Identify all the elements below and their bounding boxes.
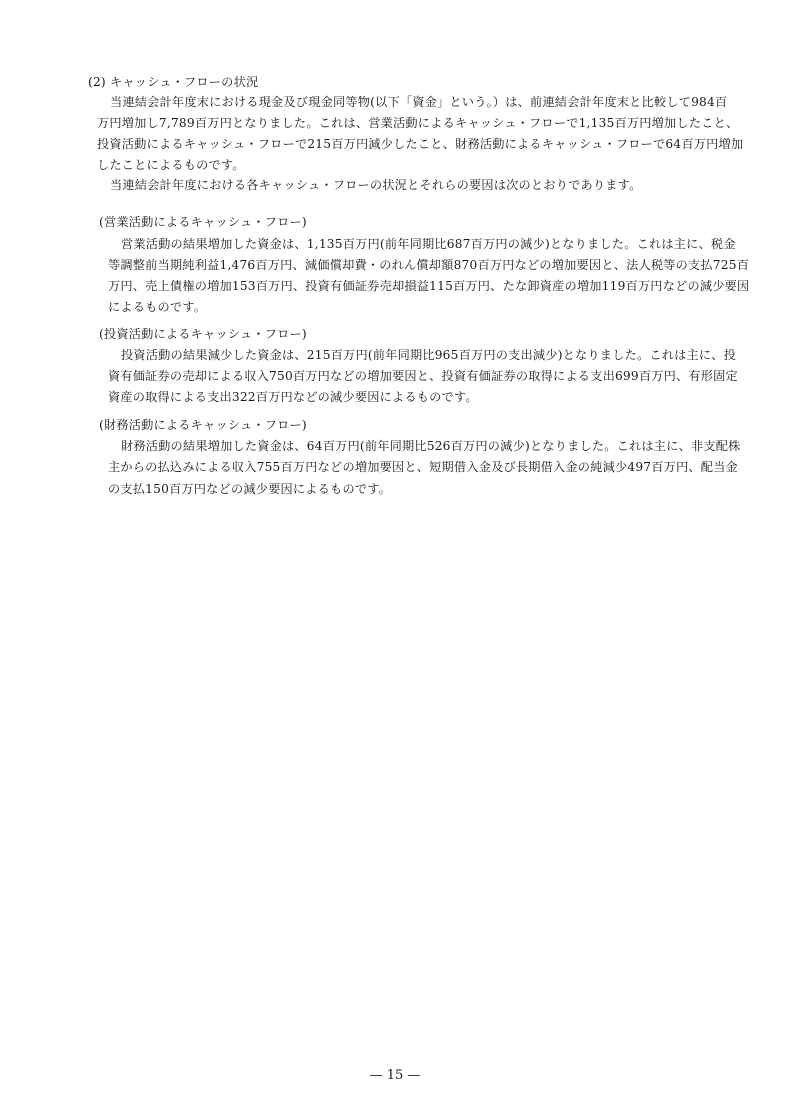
- subsection-line: 等調整前当期純利益1,476百万円、減価償却費・のれん償却額870百万円などの増…: [108, 258, 749, 272]
- intro-line: 投資活動によるキャッシュ・フローで215百万円減少したこと、財務活動によるキャッ…: [97, 137, 743, 151]
- section-heading: (2) キャッシュ・フローの状況: [88, 75, 258, 89]
- document-page: (2) キャッシュ・フローの状況 当連結会計年度末における現金及び現金同等物(以…: [0, 0, 790, 1118]
- subsection-line: 主からの払込みによる収入755百万円などの増加要因と、短期借入金及び長期借入金の…: [108, 460, 738, 474]
- subsection-line: 資産の取得による支出322百万円などの減少要因によるものです。: [108, 390, 478, 404]
- intro-line: 当連結会計年度末における現金及び現金同等物(以下「資金」という。）は、前連結会計…: [110, 95, 727, 109]
- intro-line: 当連結会計年度における各キャッシュ・フローの状況とそれらの要因は次のとおりであり…: [110, 178, 641, 192]
- subsection-title-financing: (財務活動によるキャッシュ・フロー): [99, 418, 307, 432]
- subsection-line: 資有価証券の売却による収入750百万円などの増加要因と、投資有価証券の取得による…: [108, 369, 738, 383]
- page-number: — 15 —: [0, 1068, 790, 1083]
- subsection-title-operating: (営業活動によるキャッシュ・フロー): [99, 215, 307, 229]
- subsection-line: 財務活動の結果増加した資金は、64百万円(前年同期比526百万円の減少)となりま…: [121, 439, 741, 453]
- subsection-line: 万円、売上債権の増加153百万円、投資有価証券売却損益115百万円、たな卸資産の…: [108, 279, 749, 293]
- intro-line: 万円増加し7,789百万円となりました。これは、営業活動によるキャッシュ・フロー…: [97, 116, 738, 130]
- subsection-title-investing: (投資活動によるキャッシュ・フロー): [99, 327, 307, 341]
- subsection-line: 投資活動の結果減少した資金は、215百万円(前年同期比965百万円の支出減少)と…: [121, 348, 736, 362]
- subsection-line: の支払150百万円などの減少要因によるものです。: [108, 482, 391, 496]
- subsection-line: 営業活動の結果増加した資金は、1,135百万円(前年同期比687百万円の減少)と…: [121, 237, 736, 251]
- subsection-line: によるものです。: [108, 300, 206, 314]
- intro-line: したことによるものです。: [97, 158, 245, 172]
